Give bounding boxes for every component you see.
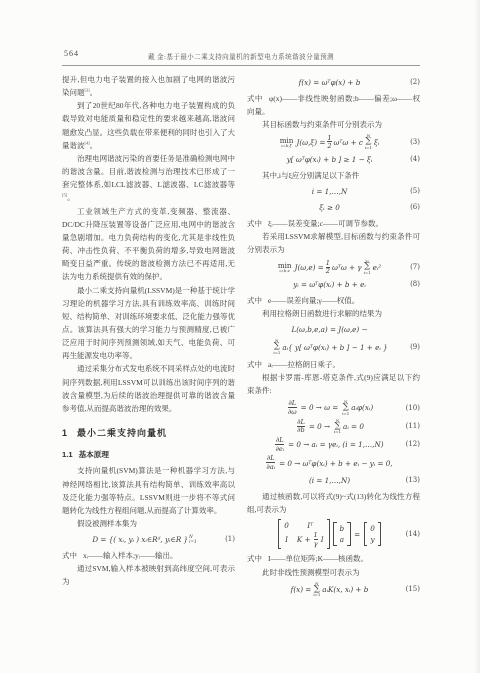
equation-body: yᵢ = ωᵀφ(xᵢ) + b + eᵢ [293,280,366,289]
equation-body: = 0 → aᵢ = γeᵢ, (i = 1,…,N) [288,440,383,449]
paragraph-text: 提升,但电力电子装置的接入也加剧了电网的谐波污染问题 [62,75,235,97]
equation-body: ξᵢ ≥ 0 [319,203,340,212]
equation-body: aᵢ{ y[ ωᵀφ(xᵢ) + b ] − 1 + eᵢ } [282,343,387,352]
equation-3: minω,b,ξ J(ω,ξ) = 12 ωᵀω + c N∑i=1 ξᵢ (3… [247,134,412,149]
equation-body: J(ω,e) = [295,263,324,272]
where-label: 式中 [62,551,77,560]
equation-number: (1) [225,535,235,544]
denominator: ∂ω [288,407,297,415]
equation-body: ξᵢ [374,138,379,147]
vector: b a [333,522,351,546]
right-column: f(x) = ωᵀφ(x) + b (2) 式中φ(x)——非线性映射函数;b—… [247,73,420,600]
equation-body: ωᵀω + γ [332,263,362,272]
numerator: ∂L [267,455,275,462]
equation-body: f(x) = ωᵀφ(x) + b [299,78,361,87]
running-head: 564 戴 金:基于最小二乘支持向量机的新型电力系统谐波分量预测 [62,48,420,66]
limit-lower: i=1 [334,430,341,434]
where-label: 式中 [247,554,262,563]
equation-body: = 0 → [309,422,330,431]
paragraph-text: aᵢ——拉格朗日乘子。 [268,360,340,369]
equation-number: (8) [410,280,420,289]
vector-cell: y [370,535,374,544]
paragraph-text: I——单位矩阵;K——核函数。 [268,554,368,563]
equation-15: f(x) = N∑i=1 aᵢK(x, xᵢ) + b (15) [247,582,412,597]
where-label: 式中 [247,219,262,228]
paragraph: 其中,i与ξ应分别满足以下条件 [247,169,420,182]
equation-12: ∂L∂eᵢ = 0 → aᵢ = γeᵢ, (i = 1,…,N) (12) [247,437,412,452]
equation-number: (9) [410,343,420,352]
paragraph: 提升,但电力电子装置的接入也加剧了电网的谐波污染问题[3]。 [62,73,235,99]
paragraph: 到了20世纪80年代,各种电力电子装置构成的负载导致对电能质量和稳定性的要求越来… [62,99,235,152]
equation-body: aᵢ = 0 [343,422,364,431]
denominator: ∂b [297,426,305,434]
where-label: 式中 [247,360,262,369]
paragraph: 通过采集分布式发电系统不同采样点处的电流时间序列数据,利用LSSVM可以训练出该… [62,362,235,415]
equation-body: y[ ωᵀφ(xᵢ) + b ] ≥ 1 − ξᵢ [287,155,373,164]
equation-number: (15) [406,585,420,594]
paragraph-text: e——误差向量;γ——权值。 [268,296,359,305]
paragraph: 式中e——误差向量;γ——权值。 [247,294,420,307]
equation-13-line1: ∂L∂aᵢ = 0 → ωᵀφ(xᵢ) + b + eᵢ − yᵢ = 0, [247,455,412,470]
where-label: 式中 [247,296,262,305]
paragraph-text: 治理电网谐波污染的首要任务是准确检测电网中的谐波含量。目前,谐波检测与治理技术已… [62,154,235,189]
equation-limits: N i=1 [189,535,197,543]
paragraph: 工业领域生产方式的变革,变频器、整流器、DC/DC升降压装置等设备广泛应用,电网… [62,205,235,284]
matrix-cell-text: K + [297,535,311,544]
min-operator: minω,b,ξ [280,137,294,148]
left-column: 提升,但电力电子装置的接入也加剧了电网的谐波污染问题[3]。 到了20世纪80年… [62,73,235,600]
paragraph-text: ξᵢ——误差变量;c——可调节参数。 [268,219,383,228]
fraction: 12 [326,260,330,275]
equation-8: yᵢ = ωᵀφ(xᵢ) + b + eᵢ (8) [247,278,412,291]
equation-9-line2: N∑i=1 aᵢ{ y[ ωᵀφ(xᵢ) + b ] − 1 + eᵢ } (9… [247,339,412,354]
numerator: 1 [326,260,330,267]
paragraph-text: 。 [67,193,75,202]
summation-symbol: N∑i=1 [334,419,341,434]
equals-sign: = [354,530,360,539]
vector-cell: b [340,524,345,533]
limit-lower: i=1 [365,146,372,150]
numerator: 1 [314,532,318,539]
paragraph: 根据卡罗需-库恩-塔克条件,式(9)应满足以下约束条件: [247,371,420,397]
matrix-cell: K + 1γ I [297,532,324,547]
page-content: 564 戴 金:基于最小二乘支持向量机的新型电力系统谐波分量预测 提升,但电力电… [62,48,420,600]
paragraph-text: φ(x)——非线性映射函数;b——偏差;ω——权向量。 [247,94,420,116]
limit-lower: i=1 [189,540,197,544]
equation-body: (i = 1,…,N) [309,476,350,485]
equation-body: J(ω,ξ) = [296,138,325,147]
numerator: ∂L [276,437,284,444]
matrix-bracket-right [347,522,351,546]
equation-body: D = {( xᵢ, yᵢ ) xᵢ∈Rᵈ, yᵢ∈R } [92,535,188,544]
matrix-bracket-right [327,519,331,549]
running-title: 戴 金:基于最小二乘支持向量机的新型电力系统谐波分量预测 [62,51,420,61]
paragraph: 通过SVM,输入样本被映射到高纬度空间,可表示为 [62,562,235,588]
subsection-title: 基本原理 [79,450,109,459]
paragraph: 治理电网谐波污染的首要任务是准确检测电网中的谐波含量。目前,谐波检测与治理技术已… [62,152,235,205]
equation-body: L(ω,b,e,a) = J(ω,e) − [291,325,367,334]
equation-number: (3) [410,138,420,147]
matrix-cell: 0 [284,521,289,530]
where-label: 式中 [247,94,263,103]
equation-body: = 0 → ω = [301,403,339,412]
equation-13-line2: (i = 1,…,N) (13) [247,474,412,487]
equation-body: eᵢ² [373,263,382,272]
paragraph: 式中xᵢ——输入样本;yᵢ——输出。 [62,549,235,562]
equation-body: aᵢK(x, xᵢ) + b [322,585,368,594]
matrix-cell: I [285,535,288,544]
equation-5: i = 1,…,N (5) [247,185,412,198]
paragraph: 式中I——单位矩阵;K——核函数。 [247,552,420,565]
equation-1: D = {( xᵢ, yᵢ ) xᵢ∈Rᵈ, yᵢ∈R } N i=1 (1) [62,533,227,546]
paragraph-text: 。 [90,141,98,150]
matrix-cell: Iᵀ [307,521,313,530]
equation-2: f(x) = ωᵀφ(x) + b (2) [247,76,412,89]
paragraph: 通过核函数,可以将式(9)~式(13)转化为线性方程组,可表示为 [247,490,420,516]
section-heading: 1最小二乘支持向量机 [62,427,235,440]
matrix: 0 Iᵀ I K + 1γ I [278,519,330,549]
limit-lower: i=1 [364,271,371,275]
equation-9-line1: L(ω,b,e,a) = J(ω,e) − [247,323,412,336]
equation-number: (6) [410,203,420,212]
limit-lower: i=1 [342,412,349,416]
equation-number: (14) [406,530,420,539]
numerator: 1 [327,135,331,142]
min-subscript: ω,b,ξ [281,144,291,148]
equation-4: y[ ωᵀφ(xᵢ) + b ] ≥ 1 − ξᵢ (4) [247,153,412,166]
numerator: ∂L [297,419,305,426]
equation-body: = 0 → ωᵀφ(xᵢ) + b + eᵢ − yᵢ = 0, [279,459,393,468]
summation-symbol: N∑i=1 [342,400,349,415]
matrix-bracket-right [378,522,382,546]
equation-body: aᵢφ(xᵢ) [351,403,373,412]
denominator: ∂eᵢ [275,444,284,452]
equation-6: ξᵢ ≥ 0 (6) [247,201,412,214]
equation-body: ωᵀω + c [334,138,363,147]
paragraph: 利用拉格朗日函数进行求解的结果为 [247,307,420,320]
fraction: ∂L∂eᵢ [275,437,284,452]
fraction: 12 [327,135,331,150]
equation-number: (4) [410,155,420,164]
section-number: 1 [62,428,68,438]
summation-symbol: N∑i=1 [273,339,280,354]
paragraph-text: xᵢ——输入样本;yᵢ——输出。 [83,551,178,560]
equation-body: i = 1,…,N [312,187,348,196]
min-subscript: ω,b,e [279,269,289,273]
paragraph: 支持向量机(SVM)算法是一种机器学习方法,与神经网络相比,该算法具有结构简单、… [62,464,235,517]
denominator: 2 [326,267,330,275]
summation-symbol: N∑i=1 [365,134,372,149]
equation-number: (10) [406,404,420,413]
numerator: ∂L [288,400,296,407]
paper-page: 564 戴 金:基于最小二乘支持向量机的新型电力系统谐波分量预测 提升,但电力电… [0,0,480,673]
equation-number: (5) [410,187,420,196]
paragraph: 其目标函数与约束条件可分别表示为 [247,118,420,131]
denominator: ∂aᵢ [266,462,275,470]
vector-cell: 0 [370,524,375,533]
equation-number: (2) [410,78,420,87]
equation-7: minω,b,e J(ω,e) = 12 ωᵀω + γ N∑i=1 eᵢ² (… [247,260,412,275]
denominator: 2 [327,141,331,149]
paragraph: 最小二乘支持向量机(LSSVM)是一种基于统计学习理论的机器学习方法,具有训练效… [62,284,235,363]
min-operator: minω,b,e [278,262,292,273]
equation-number: (12) [406,440,420,449]
paragraph: 此时非线性预测模型可表示为 [247,566,420,579]
equation-number: (7) [410,263,420,272]
paragraph: 若采用LSSVM求解模型,目标函数与约束条件可分别表示为 [247,230,420,256]
paragraph: 式中aᵢ——拉格朗日乘子。 [247,358,420,371]
subsection-heading: 1.1基本原理 [62,448,235,461]
summation-symbol: N∑i=1 [313,582,320,597]
fraction: ∂L∂aᵢ [266,455,275,470]
fraction: ∂L∂b [297,419,305,434]
paragraph: 式中φ(x)——非线性映射函数;b——偏差;ω——权向量。 [247,92,420,118]
vector-cell: a [340,535,344,544]
section-title: 最小二乘支持向量机 [77,428,167,438]
paragraph: 假设被测样本集为 [62,517,235,530]
vector: 0 y [364,522,382,546]
equation-11: ∂L∂b = 0 → N∑i=1 aᵢ = 0 (11) [247,419,412,434]
paragraph-text: 。 [90,88,98,97]
limit-lower: i=1 [273,351,280,355]
matrix-cell-text: I [321,535,324,544]
equation-10: ∂L∂ω = 0 → ω = N∑i=1 aᵢφ(xᵢ) (10) [247,400,412,415]
equation-body: f(x) = [291,585,312,594]
limit-lower: i=1 [313,593,320,597]
summation-symbol: N∑i=1 [364,260,371,275]
equation-14: 0 Iᵀ I K + 1γ I [247,519,412,549]
equation-number: (13) [406,476,420,485]
denominator: γ [314,539,318,547]
fraction: 1γ [314,532,318,547]
fraction: ∂L∂ω [288,400,297,415]
paragraph: 式中ξᵢ——误差变量;c——可调节参数。 [247,217,420,230]
two-column-body: 提升,但电力电子装置的接入也加剧了电网的谐波污染问题[3]。 到了20世纪80年… [62,73,420,600]
subsection-number: 1.1 [62,450,73,459]
equation-number: (11) [406,422,420,431]
